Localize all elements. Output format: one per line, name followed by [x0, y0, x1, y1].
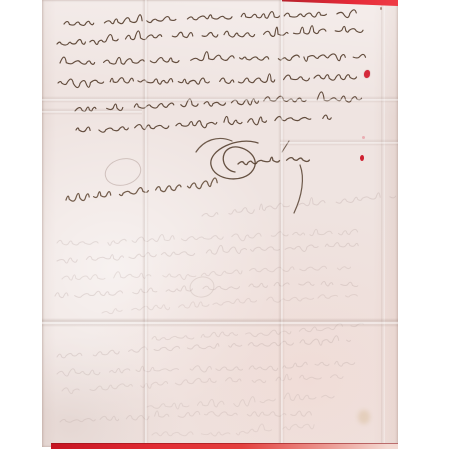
- fold-line-vertical-right: [278, 0, 285, 447]
- handwriting-line: [76, 115, 340, 132]
- handwriting-line: [57, 26, 373, 45]
- pencil-oval-mark-faint: [188, 275, 216, 300]
- crease-right-segment: [280, 139, 398, 146]
- bleedthrough-line: [152, 424, 325, 436]
- red-seal-mark-small: [362, 136, 365, 139]
- red-seal-mark-lower: [360, 155, 364, 161]
- handwriting-line: [64, 10, 361, 26]
- bleedthrough-line: [62, 374, 350, 393]
- bleedthrough-line: [57, 336, 356, 358]
- fold-line-vertical-left: [142, 0, 149, 447]
- fold-line-horizontal-lower: [42, 318, 398, 327]
- handwriting-line: [60, 52, 371, 65]
- handwriting-line: [58, 74, 365, 88]
- paper-edge-crease: [381, 0, 385, 447]
- red-backdrop-bottom: [51, 443, 398, 449]
- fold-line-horizontal-upper: [42, 96, 398, 103]
- crease-left-segment: [42, 108, 142, 115]
- bleedthrough-line: [147, 393, 346, 409]
- bleedthrough-line: [62, 266, 361, 280]
- ink-spot: [380, 7, 382, 10]
- bleedthrough-line: [57, 361, 362, 376]
- handwriting-layer: [42, 0, 398, 450]
- paper-stain: [358, 410, 370, 424]
- signature-flourish: [211, 141, 258, 179]
- bleedthrough-line: [57, 243, 370, 263]
- letter-photo: [42, 0, 398, 450]
- bleedthrough-line: [57, 229, 362, 245]
- pencil-oval-mark: [102, 155, 144, 189]
